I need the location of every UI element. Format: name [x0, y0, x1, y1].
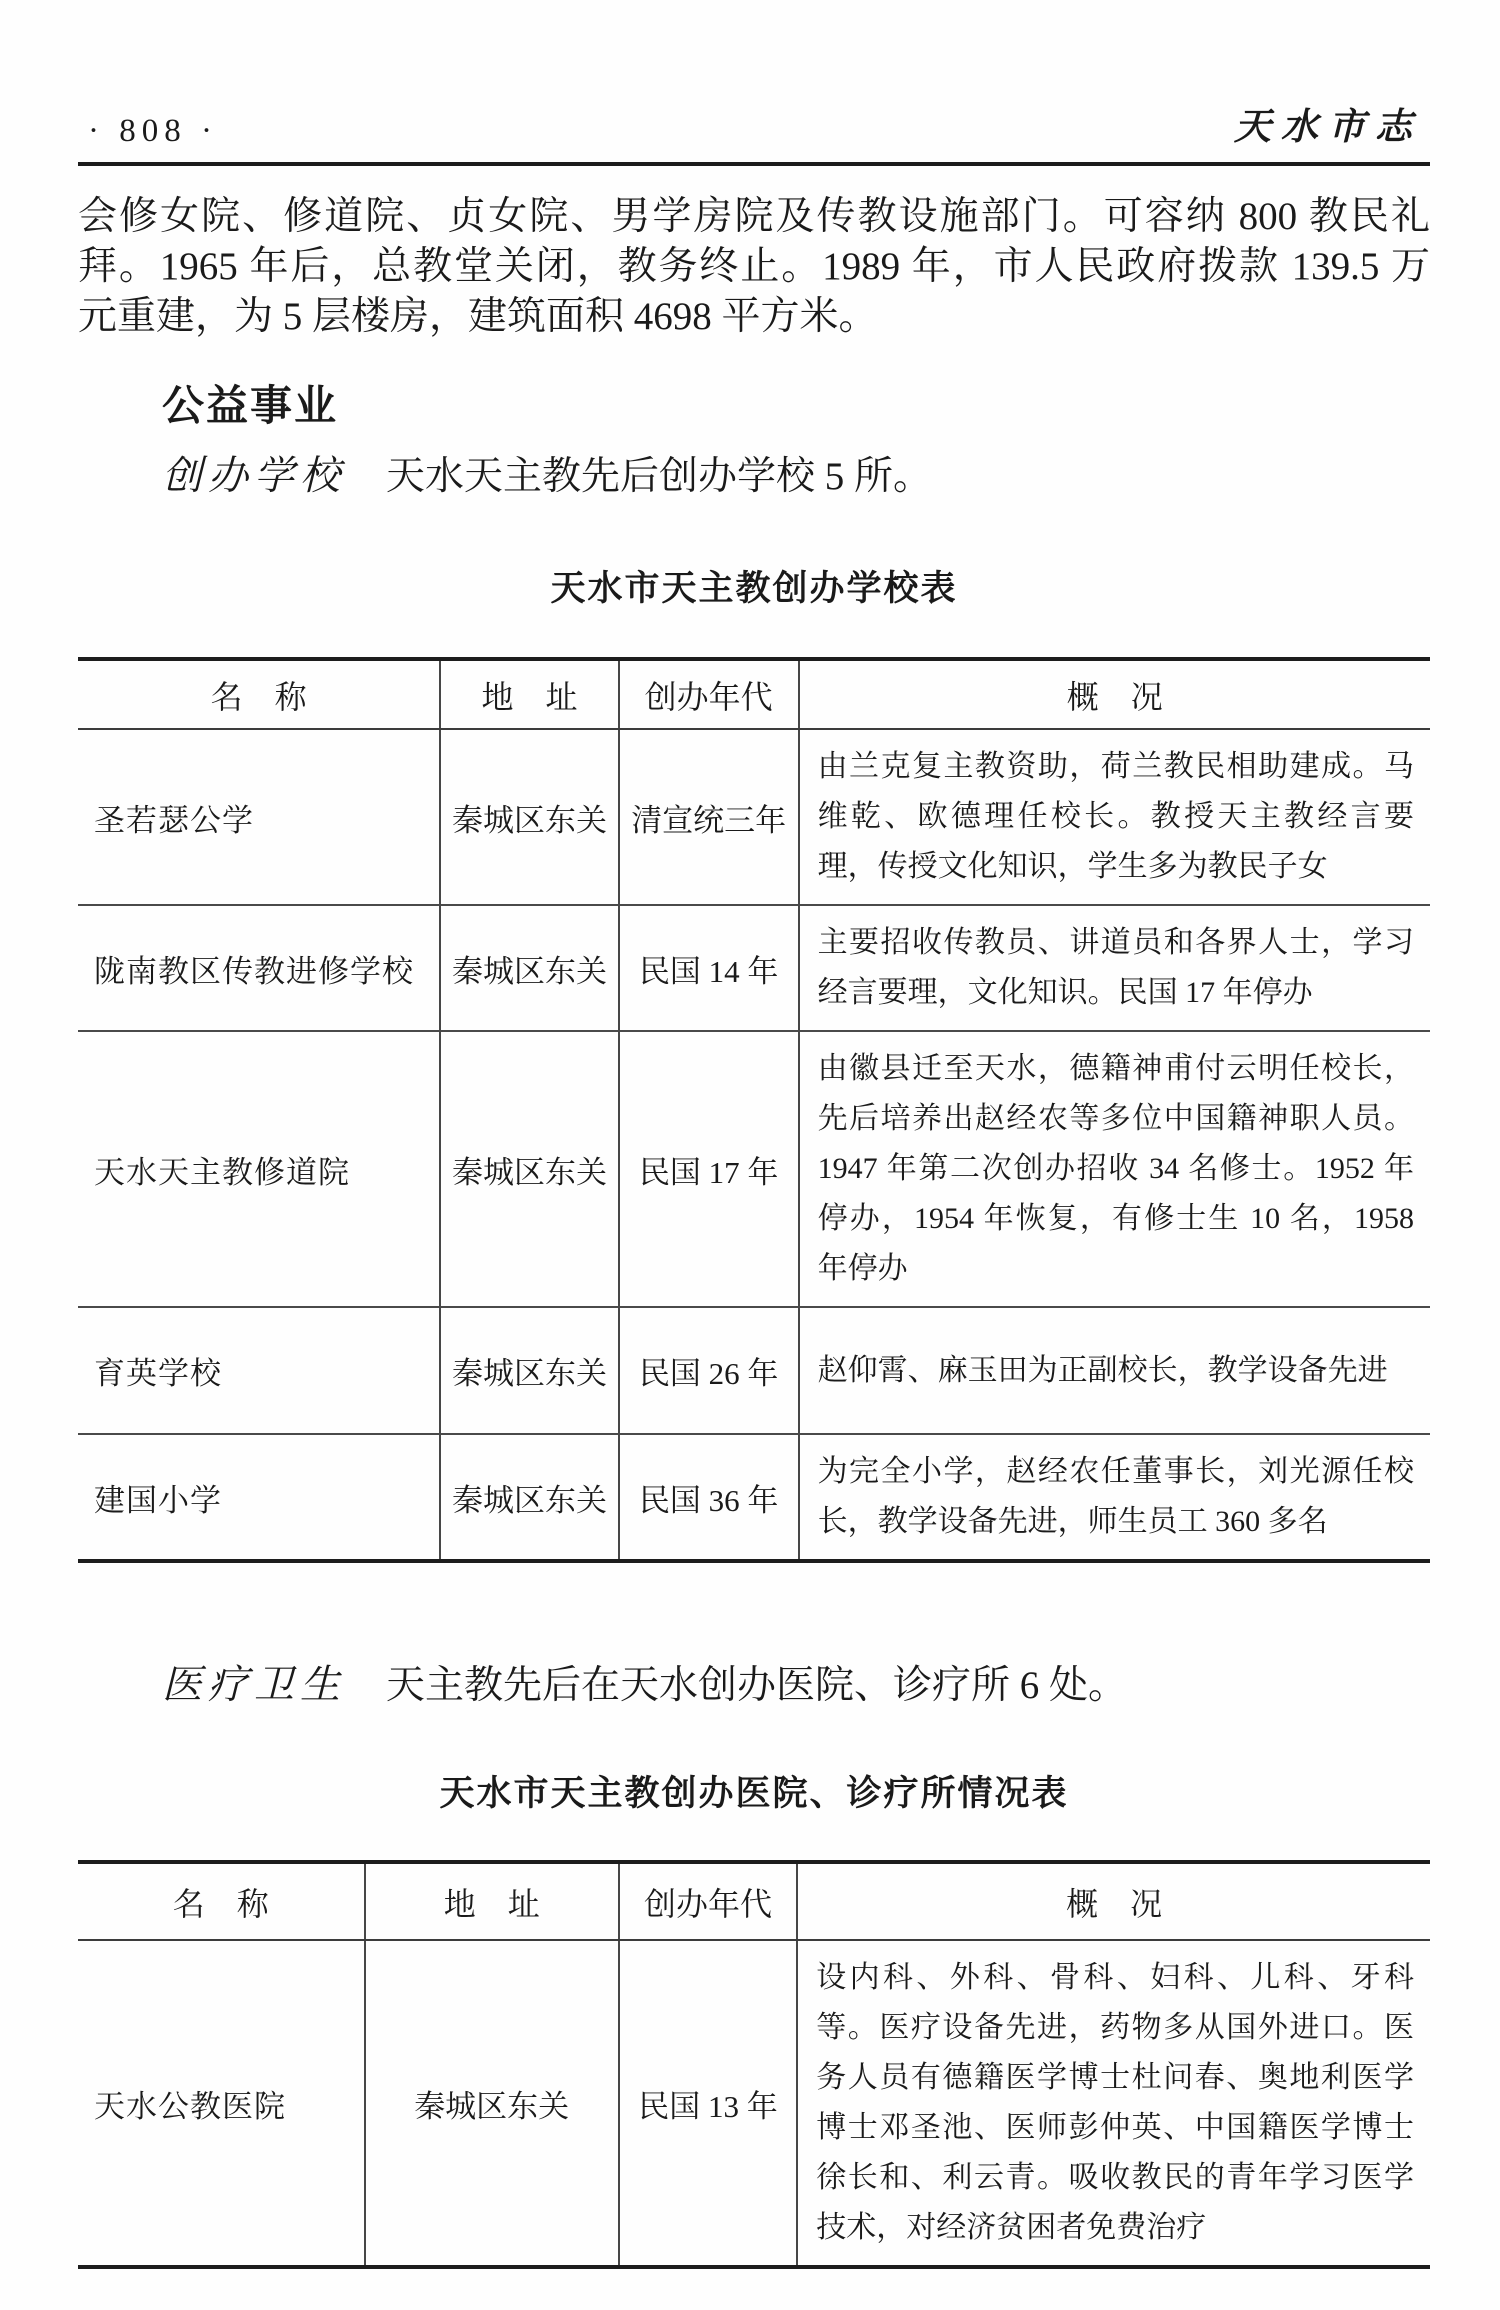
cell-year: 清宣统三年 — [619, 729, 799, 905]
cell-year: 民国 17 年 — [619, 1031, 799, 1307]
cell-hospital-name: 天水公教医院 — [78, 1940, 365, 2267]
cell-address: 秦城区东关 — [440, 1031, 618, 1307]
column-header-name: 名 称 — [78, 659, 440, 729]
column-header-year: 创办年代 — [619, 1862, 797, 1940]
book-title: 天水市志 — [1234, 96, 1430, 150]
schools-table-title: 天水市天主教创办学校表 — [78, 561, 1430, 611]
schools-table-header-row: 名 称 地 址 创办年代 概 况 — [78, 659, 1430, 729]
table-row: 圣若瑟公学 秦城区东关 清宣统三年 由兰克复主教资助，荷兰教民相助建成。马维乾、… — [78, 729, 1430, 905]
header-rule — [78, 162, 1430, 166]
cell-address: 秦城区东关 — [440, 729, 618, 905]
cell-year: 民国 14 年 — [619, 905, 799, 1031]
table-row: 建国小学 秦城区东关 民国 36 年 为完全小学，赵经农任董事长，刘光源任校长，… — [78, 1434, 1430, 1561]
table-row: 育英学校 秦城区东关 民国 26 年 赵仰霄、麻玉田为正副校长，教学设备先进 — [78, 1307, 1430, 1434]
column-header-address: 地 址 — [365, 1862, 619, 1940]
cell-address: 秦城区东关 — [440, 905, 618, 1031]
cell-overview: 由兰克复主教资助，荷兰教民相助建成。马维乾、欧德理任校长。教授天主教经言要理，传… — [799, 729, 1430, 905]
cell-year: 民国 26 年 — [619, 1307, 799, 1434]
hospitals-lead-label: 医疗卫生 — [162, 1662, 346, 1707]
cell-overview: 为完全小学，赵经农任董事长，刘光源任校长，教学设备先进，师生员工 360 多名 — [799, 1434, 1430, 1561]
cell-year: 民国 13 年 — [619, 1940, 797, 2267]
cell-address: 秦城区东关 — [365, 1940, 619, 2267]
schools-lead-label: 创办学校 — [162, 453, 346, 498]
column-header-name: 名 称 — [78, 1862, 365, 1940]
running-head: · 808 · 天水市志 — [78, 96, 1430, 150]
hospitals-lead-paragraph: 医疗卫生天主教先后在天水创办医院、诊疗所 6 处。 — [78, 1659, 1430, 1712]
cell-year: 民国 36 年 — [619, 1434, 799, 1561]
cell-overview: 由徽县迁至天水，德籍神甫付云明任校长，先后培养出赵经农等多位中国籍神职人员。19… — [799, 1031, 1430, 1307]
book-page: · 808 · 天水市志 会修女院、修道院、贞女院、男学房院及传教设施部门。可容… — [0, 0, 1500, 2310]
hospitals-table-header-row: 名 称 地 址 创办年代 概 况 — [78, 1862, 1430, 1940]
paragraph-line: 元重建，为 5 层楼房，建筑面积 4698 平方米。 — [78, 292, 1430, 342]
cell-overview: 赵仰霄、麻玉田为正副校长，教学设备先进 — [799, 1307, 1430, 1434]
cell-address: 秦城区东关 — [440, 1434, 618, 1561]
cell-address: 秦城区东关 — [440, 1307, 618, 1434]
cell-overview: 设内科、外科、骨科、妇科、儿科、牙科等。医疗设备先进，药物多从国外进口。医务人员… — [797, 1940, 1430, 2267]
column-header-overview: 概 况 — [799, 659, 1430, 729]
column-header-year: 创办年代 — [619, 659, 799, 729]
cell-school-name: 陇南教区传教进修学校 — [78, 905, 440, 1031]
hospitals-table-title: 天水市天主教创办医院、诊疗所情况表 — [78, 1766, 1430, 1816]
intro-paragraph: 会修女院、修道院、贞女院、男学房院及传教设施部门。可容纳 800 教民礼 拜。1… — [78, 192, 1430, 342]
column-header-address: 地 址 — [440, 659, 618, 729]
section-heading: 公益事业 — [78, 380, 1430, 432]
hospitals-table: 名 称 地 址 创办年代 概 况 天水公教医院 秦城区东关 民国 13 年 设内… — [78, 1860, 1430, 2269]
cell-school-name: 圣若瑟公学 — [78, 729, 440, 905]
cell-school-name: 育英学校 — [78, 1307, 440, 1434]
table-row: 天水公教医院 秦城区东关 民国 13 年 设内科、外科、骨科、妇科、儿科、牙科等… — [78, 1940, 1430, 2267]
paragraph-line: 拜。1965 年后，总教堂关闭，教务终止。1989 年，市人民政府拨款 139.… — [78, 242, 1430, 292]
schools-table: 名 称 地 址 创办年代 概 况 圣若瑟公学 秦城区东关 清宣统三年 由兰克复主… — [78, 657, 1430, 1563]
cell-overview: 主要招收传教员、讲道员和各界人士，学习经言要理，文化知识。民国 17 年停办 — [799, 905, 1430, 1031]
table-row: 天水天主教修道院 秦城区东关 民国 17 年 由徽县迁至天水，德籍神甫付云明任校… — [78, 1031, 1430, 1307]
hospitals-lead-text: 天主教先后在天水创办医院、诊疗所 6 处。 — [386, 1664, 1127, 1707]
schools-lead-paragraph: 创办学校天水天主教先后创办学校 5 所。 — [78, 450, 1430, 503]
page-number: · 808 · — [78, 113, 218, 150]
cell-school-name: 建国小学 — [78, 1434, 440, 1561]
column-header-overview: 概 况 — [797, 1862, 1430, 1940]
schools-lead-text: 天水天主教先后创办学校 5 所。 — [386, 455, 932, 498]
paragraph-line: 会修女院、修道院、贞女院、男学房院及传教设施部门。可容纳 800 教民礼 — [78, 192, 1430, 242]
cell-school-name: 天水天主教修道院 — [78, 1031, 440, 1307]
table-row: 陇南教区传教进修学校 秦城区东关 民国 14 年 主要招收传教员、讲道员和各界人… — [78, 905, 1430, 1031]
